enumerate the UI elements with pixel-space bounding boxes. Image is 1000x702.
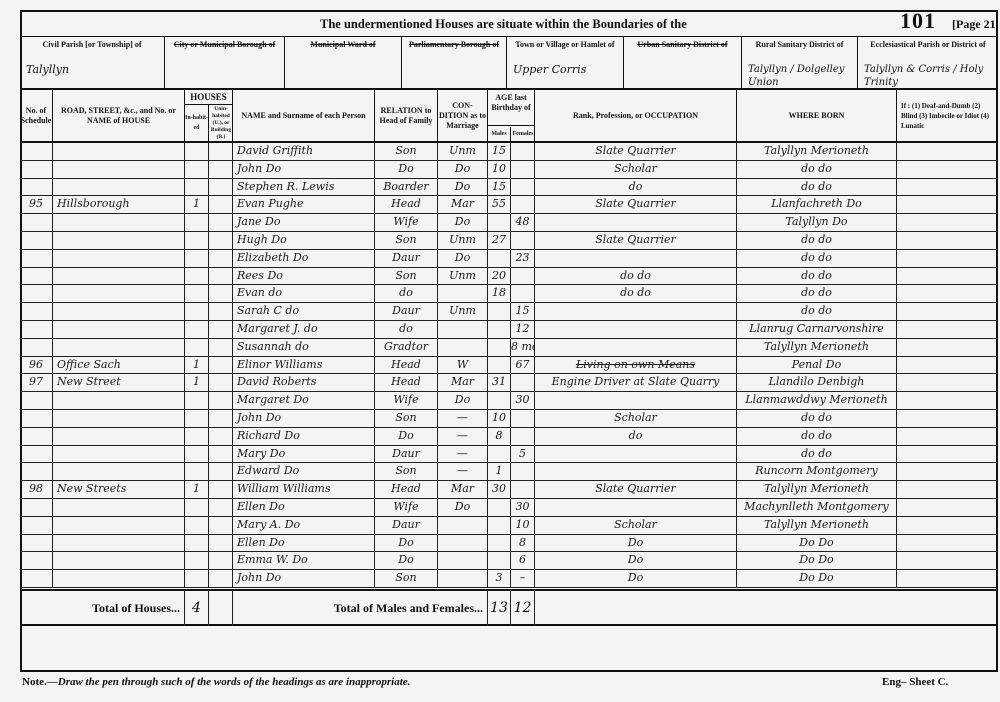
cell-schedule bbox=[20, 143, 53, 161]
cell-male-age: 31 bbox=[488, 374, 511, 392]
cell-road bbox=[53, 285, 185, 303]
cell-inhabited bbox=[185, 392, 209, 410]
cell-infirmity bbox=[897, 250, 998, 268]
cell-female-age bbox=[511, 285, 535, 303]
cell-inhabited bbox=[185, 499, 209, 517]
cell-male-age bbox=[488, 321, 511, 339]
col-schedule: No. of Schedule bbox=[20, 90, 53, 143]
cell-inhabited bbox=[185, 268, 209, 286]
cell-inhabited bbox=[185, 570, 209, 588]
cell-infirmity bbox=[897, 428, 998, 446]
cell-relation: Do bbox=[375, 428, 438, 446]
table-row: Evan dodo18do dodo do bbox=[20, 285, 998, 303]
cell-male-age bbox=[488, 446, 511, 464]
cell-occupation: do bbox=[535, 428, 737, 446]
cell-road bbox=[53, 410, 185, 428]
cell-road: New Streets bbox=[53, 481, 185, 499]
cell-where-born: Do Do bbox=[737, 570, 897, 588]
cell-schedule: 97 bbox=[20, 374, 53, 392]
cell-road bbox=[53, 463, 185, 481]
boundary-town-village: Town or Village or Hamlet of Upper Corri… bbox=[507, 37, 624, 89]
cell-schedule bbox=[20, 339, 53, 357]
cell-relation: Daur bbox=[375, 250, 438, 268]
cell-occupation: Slate Quarrier bbox=[535, 481, 737, 499]
cell-female-age: – bbox=[511, 570, 535, 588]
cell-where-born: Do Do bbox=[737, 552, 897, 570]
cell-name: John Do bbox=[233, 570, 375, 588]
cell-uninhabited bbox=[209, 463, 233, 481]
cell-relation: Son bbox=[375, 463, 438, 481]
cell-name: David Griffith bbox=[233, 143, 375, 161]
cell-name: Edward Do bbox=[233, 463, 375, 481]
cell-condition: Unm bbox=[438, 268, 488, 286]
cell-infirmity bbox=[897, 499, 998, 517]
cell-occupation: Slate Quarrier bbox=[535, 143, 737, 161]
age-header: AGE last Birthday of bbox=[488, 90, 534, 126]
cell-where-born: do do bbox=[737, 250, 897, 268]
cell-uninhabited bbox=[209, 481, 233, 499]
cell-female-age: 15 bbox=[511, 303, 535, 321]
table-row: Edward DoSon—1Runcorn Montgomery bbox=[20, 463, 998, 481]
cell-infirmity bbox=[897, 517, 998, 535]
table-row: Ellen DoWifeDo30Machynlleth Montgomery bbox=[20, 499, 998, 517]
table-row: Jane DoWifeDo48Talyllyn Do bbox=[20, 214, 998, 232]
cell-road bbox=[53, 392, 185, 410]
cell-infirmity bbox=[897, 410, 998, 428]
cell-name: Elinor Williams bbox=[233, 357, 375, 375]
cell-inhabited bbox=[185, 517, 209, 535]
cell-road bbox=[53, 499, 185, 517]
cell-female-age bbox=[511, 143, 535, 161]
cell-uninhabited bbox=[209, 339, 233, 357]
col-uninhabited: Unin-habited (U.), or Building (B.) bbox=[209, 105, 233, 141]
cell-female-age: 8 mo bbox=[511, 339, 535, 357]
cell-male-age: 3 bbox=[488, 570, 511, 588]
cell-condition: Unm bbox=[438, 143, 488, 161]
cell-inhabited bbox=[185, 410, 209, 428]
cell-occupation: do do bbox=[535, 268, 737, 286]
cell-schedule bbox=[20, 570, 53, 588]
cell-male-age bbox=[488, 517, 511, 535]
cell-infirmity bbox=[897, 463, 998, 481]
boundary-municipal-borough: City or Municipal Borough of bbox=[165, 37, 285, 89]
col-name: NAME and Surname of each Person bbox=[233, 90, 375, 143]
cell-uninhabited bbox=[209, 232, 233, 250]
cell-condition: Mar bbox=[438, 481, 488, 499]
cell-schedule bbox=[20, 552, 53, 570]
total-females: 12 bbox=[511, 591, 535, 626]
cell-road bbox=[53, 161, 185, 179]
col-males: Males bbox=[488, 127, 511, 141]
cell-relation: Son bbox=[375, 410, 438, 428]
cell-name: Evan do bbox=[233, 285, 375, 303]
cell-relation: Wife bbox=[375, 499, 438, 517]
footer-note: Note.—Draw the pen through such of the w… bbox=[22, 676, 410, 688]
cell-condition: — bbox=[438, 463, 488, 481]
cell-infirmity bbox=[897, 321, 998, 339]
cell-occupation: do bbox=[535, 179, 737, 197]
boundary-label: Civil Parish [or Township] of bbox=[43, 40, 142, 49]
cell-female-age: 8 bbox=[511, 535, 535, 553]
cell-schedule bbox=[20, 232, 53, 250]
boundary-label: Municipal Ward of bbox=[310, 40, 375, 49]
cell-where-born: Talyllyn Merioneth bbox=[737, 339, 897, 357]
cell-relation: Head bbox=[375, 481, 438, 499]
cell-female-age bbox=[511, 428, 535, 446]
cell-infirmity bbox=[897, 446, 998, 464]
census-sheet: The undermentioned Houses are situate wi… bbox=[20, 8, 998, 673]
col-females: Females bbox=[511, 127, 535, 141]
cell-male-age bbox=[488, 552, 511, 570]
cell-infirmity bbox=[897, 143, 998, 161]
table-row: Hugh DoSonUnm27Slate Quarrierdo do bbox=[20, 232, 998, 250]
cell-condition bbox=[438, 535, 488, 553]
cell-name: Ellen Do bbox=[233, 535, 375, 553]
cell-road: New Street bbox=[53, 374, 185, 392]
cell-female-age bbox=[511, 481, 535, 499]
cell-where-born: Talyllyn Do bbox=[737, 214, 897, 232]
houses-header: HOUSES bbox=[185, 90, 232, 105]
cell-name: Susannah do bbox=[233, 339, 375, 357]
cell-relation: Head bbox=[375, 357, 438, 375]
table-row: John DoDoDo10Scholardo do bbox=[20, 161, 998, 179]
col-inhabited: In-habit-ed bbox=[185, 105, 209, 141]
cell-male-age: 30 bbox=[488, 481, 511, 499]
cell-female-age bbox=[511, 463, 535, 481]
table-row: 96Office Sach1Elinor WilliamsHeadW67Livi… bbox=[20, 357, 998, 375]
boundary-urban-sanitary: Urban Sanitary District of bbox=[624, 37, 742, 89]
cell-where-born: Runcorn Montgomery bbox=[737, 463, 897, 481]
cell-occupation: Scholar bbox=[535, 161, 737, 179]
table-row: John DoSon—10Scholardo do bbox=[20, 410, 998, 428]
cell-occupation: Living on own Means bbox=[535, 357, 737, 375]
cell-road bbox=[53, 517, 185, 535]
cell-condition: Do bbox=[438, 214, 488, 232]
cell-inhabited: 1 bbox=[185, 357, 209, 375]
cell-road bbox=[53, 214, 185, 232]
cell-infirmity bbox=[897, 179, 998, 197]
cell-infirmity bbox=[897, 392, 998, 410]
cell-female-age bbox=[511, 179, 535, 197]
cell-inhabited bbox=[185, 179, 209, 197]
col-occupation: Rank, Profession, or OCCUPATION bbox=[535, 90, 737, 143]
table-row: Margaret J. dodo12Llanrug Carnarvonshire bbox=[20, 321, 998, 339]
cell-where-born: Talyllyn Merioneth bbox=[737, 481, 897, 499]
total-males: 13 bbox=[488, 591, 511, 626]
col-road: ROAD, STREET, &c., and No. or NAME of HO… bbox=[53, 90, 185, 143]
table-row: 97New Street1David RobertsHeadMar31Engin… bbox=[20, 374, 998, 392]
cell-road bbox=[53, 535, 185, 553]
cell-name: Mary Do bbox=[233, 446, 375, 464]
cell-uninhabited bbox=[209, 499, 233, 517]
cell-name: Rees Do bbox=[233, 268, 375, 286]
cell-relation: Gradtor bbox=[375, 339, 438, 357]
cell-infirmity bbox=[897, 374, 998, 392]
cell-inhabited bbox=[185, 463, 209, 481]
cell-condition: Do bbox=[438, 179, 488, 197]
cell-occupation: Scholar bbox=[535, 410, 737, 428]
cell-relation: Do bbox=[375, 161, 438, 179]
cell-schedule: 96 bbox=[20, 357, 53, 375]
cell-name: Margaret Do bbox=[233, 392, 375, 410]
cell-condition: — bbox=[438, 446, 488, 464]
cell-occupation bbox=[535, 446, 737, 464]
cell-road bbox=[53, 250, 185, 268]
cell-schedule bbox=[20, 410, 53, 428]
cell-schedule bbox=[20, 499, 53, 517]
cell-name: Hugh Do bbox=[233, 232, 375, 250]
cell-male-age: 15 bbox=[488, 179, 511, 197]
cell-male-age: 10 bbox=[488, 410, 511, 428]
cell-relation: Daur bbox=[375, 446, 438, 464]
col-relation: RELATION to Head of Family bbox=[375, 90, 438, 143]
totals-row: Total of Houses... 4 Total of Males and … bbox=[20, 589, 998, 626]
cell-uninhabited bbox=[209, 321, 233, 339]
cell-inhabited: 1 bbox=[185, 196, 209, 214]
cell-where-born: Talyllyn Merioneth bbox=[737, 517, 897, 535]
cell-schedule bbox=[20, 161, 53, 179]
cell-name: Sarah C do bbox=[233, 303, 375, 321]
cell-uninhabited bbox=[209, 374, 233, 392]
col-condition: CON-DITION as to Marriage bbox=[438, 90, 488, 143]
cell-occupation: Engine Driver at Slate Quarry bbox=[535, 374, 737, 392]
cell-uninhabited bbox=[209, 285, 233, 303]
cell-name: Stephen R. Lewis bbox=[233, 179, 375, 197]
footer-note-prefix: Note. bbox=[22, 676, 47, 688]
cell-road bbox=[53, 339, 185, 357]
cell-occupation bbox=[535, 303, 737, 321]
cell-relation: Boarder bbox=[375, 179, 438, 197]
cell-uninhabited bbox=[209, 268, 233, 286]
cell-schedule: 98 bbox=[20, 481, 53, 499]
col-houses: HOUSES In-habit-ed Unin-habited (U.), or… bbox=[185, 90, 233, 143]
cell-inhabited bbox=[185, 303, 209, 321]
cell-name: William Williams bbox=[233, 481, 375, 499]
cell-condition: Mar bbox=[438, 374, 488, 392]
cell-male-age: 1 bbox=[488, 463, 511, 481]
cell-where-born: Do Do bbox=[737, 535, 897, 553]
cell-condition bbox=[438, 285, 488, 303]
col-where-born: WHERE BORN bbox=[737, 90, 897, 143]
table-row: Ellen DoDo8DoDo Do bbox=[20, 535, 998, 553]
cell-female-age: 5 bbox=[511, 446, 535, 464]
cell-male-age: 55 bbox=[488, 196, 511, 214]
folio-number: 101 bbox=[900, 8, 936, 34]
boundaries-row: Civil Parish [or Township] of Talyllyn C… bbox=[20, 36, 998, 90]
cell-condition: Do bbox=[438, 250, 488, 268]
table-row: Susannah doGradtor8 moTalyllyn Merioneth bbox=[20, 339, 998, 357]
boundary-municipal-ward: Municipal Ward of bbox=[285, 37, 402, 89]
cell-uninhabited bbox=[209, 303, 233, 321]
cell-male-age bbox=[488, 250, 511, 268]
cell-where-born: do do bbox=[737, 161, 897, 179]
cell-name: John Do bbox=[233, 410, 375, 428]
cell-schedule bbox=[20, 463, 53, 481]
cell-inhabited bbox=[185, 250, 209, 268]
cell-relation: Daur bbox=[375, 517, 438, 535]
cell-infirmity bbox=[897, 357, 998, 375]
cell-occupation: Scholar bbox=[535, 517, 737, 535]
cell-relation: Son bbox=[375, 268, 438, 286]
cell-road bbox=[53, 232, 185, 250]
cell-female-age bbox=[511, 232, 535, 250]
cell-relation: do bbox=[375, 321, 438, 339]
cell-occupation: Do bbox=[535, 570, 737, 588]
cell-relation: Son bbox=[375, 570, 438, 588]
cell-male-age bbox=[488, 214, 511, 232]
cell-male-age: 20 bbox=[488, 268, 511, 286]
cell-schedule bbox=[20, 446, 53, 464]
cell-uninhabited bbox=[209, 214, 233, 232]
cell-female-age bbox=[511, 268, 535, 286]
cell-road bbox=[53, 428, 185, 446]
cell-relation: Son bbox=[375, 143, 438, 161]
cell-inhabited bbox=[185, 285, 209, 303]
cell-where-born: Penal Do bbox=[737, 357, 897, 375]
cell-condition bbox=[438, 321, 488, 339]
boundary-value: Talyllyn bbox=[26, 63, 69, 76]
cell-relation: Do bbox=[375, 535, 438, 553]
cell-condition: — bbox=[438, 428, 488, 446]
cell-occupation bbox=[535, 499, 737, 517]
cell-male-age: 10 bbox=[488, 161, 511, 179]
table-row: David GriffithSonUnm15Slate QuarrierTaly… bbox=[20, 143, 998, 161]
cell-uninhabited bbox=[209, 410, 233, 428]
cell-name: Emma W. Do bbox=[233, 552, 375, 570]
table-row: Sarah C doDaurUnm15do do bbox=[20, 303, 998, 321]
cell-uninhabited bbox=[209, 552, 233, 570]
cell-uninhabited bbox=[209, 161, 233, 179]
cell-relation: Head bbox=[375, 374, 438, 392]
boundary-ecclesiastical: Ecclesiastical Parish or District of Tal… bbox=[858, 37, 998, 89]
cell-inhabited bbox=[185, 232, 209, 250]
cell-inhabited bbox=[185, 446, 209, 464]
cell-inhabited bbox=[185, 143, 209, 161]
cell-occupation bbox=[535, 214, 737, 232]
cell-occupation bbox=[535, 339, 737, 357]
cell-road bbox=[53, 552, 185, 570]
cell-uninhabited bbox=[209, 196, 233, 214]
cell-infirmity bbox=[897, 339, 998, 357]
cell-where-born: Llanrug Carnarvonshire bbox=[737, 321, 897, 339]
cell-infirmity bbox=[897, 481, 998, 499]
cell-male-age bbox=[488, 392, 511, 410]
cell-relation: Son bbox=[375, 232, 438, 250]
cell-condition: — bbox=[438, 410, 488, 428]
boundary-label: Ecclesiastical Parish or District of bbox=[870, 40, 985, 49]
cell-road bbox=[53, 179, 185, 197]
cell-where-born: do do bbox=[737, 410, 897, 428]
boundary-label: Parliamentary Borough of bbox=[409, 40, 499, 49]
cell-schedule bbox=[20, 428, 53, 446]
cell-where-born: do do bbox=[737, 446, 897, 464]
cell-infirmity bbox=[897, 161, 998, 179]
cell-condition: Do bbox=[438, 161, 488, 179]
cell-occupation bbox=[535, 321, 737, 339]
cell-schedule bbox=[20, 392, 53, 410]
table-row: Mary A. DoDaur10ScholarTalyllyn Merionet… bbox=[20, 517, 998, 535]
cell-where-born: do do bbox=[737, 232, 897, 250]
cell-inhabited bbox=[185, 321, 209, 339]
cell-uninhabited bbox=[209, 535, 233, 553]
cell-where-born: do do bbox=[737, 268, 897, 286]
cell-condition bbox=[438, 552, 488, 570]
cell-condition: Do bbox=[438, 499, 488, 517]
cell-road bbox=[53, 321, 185, 339]
cell-where-born: do do bbox=[737, 179, 897, 197]
cell-male-age: 8 bbox=[488, 428, 511, 446]
cell-road bbox=[53, 446, 185, 464]
cell-schedule bbox=[20, 303, 53, 321]
cell-inhabited bbox=[185, 214, 209, 232]
cell-infirmity bbox=[897, 535, 998, 553]
cell-relation: Head bbox=[375, 196, 438, 214]
cell-female-age: 23 bbox=[511, 250, 535, 268]
cell-male-age bbox=[488, 303, 511, 321]
cell-occupation bbox=[535, 392, 737, 410]
boundary-label: City or Municipal Borough of bbox=[174, 40, 276, 49]
cell-infirmity bbox=[897, 214, 998, 232]
cell-inhabited bbox=[185, 161, 209, 179]
cell-female-age: 30 bbox=[511, 392, 535, 410]
cell-occupation bbox=[535, 250, 737, 268]
total-houses-label: Total of Houses... bbox=[20, 591, 185, 626]
cell-female-age: 10 bbox=[511, 517, 535, 535]
table-row: 95Hillsborough1Evan PugheHeadMar55Slate … bbox=[20, 196, 998, 214]
cell-condition: Do bbox=[438, 392, 488, 410]
cell-inhabited bbox=[185, 552, 209, 570]
cell-road bbox=[53, 303, 185, 321]
cell-relation: Wife bbox=[375, 214, 438, 232]
cell-name: Evan Pughe bbox=[233, 196, 375, 214]
cell-schedule bbox=[20, 268, 53, 286]
cell-female-age: 48 bbox=[511, 214, 535, 232]
cell-condition bbox=[438, 339, 488, 357]
cell-name: Ellen Do bbox=[233, 499, 375, 517]
cell-uninhabited bbox=[209, 250, 233, 268]
cell-schedule bbox=[20, 250, 53, 268]
cell-uninhabited bbox=[209, 446, 233, 464]
cell-female-age bbox=[511, 161, 535, 179]
cell-female-age bbox=[511, 410, 535, 428]
cell-schedule bbox=[20, 285, 53, 303]
cell-female-age bbox=[511, 374, 535, 392]
sheet-label: Eng– Sheet C. bbox=[882, 676, 948, 688]
cell-condition: W bbox=[438, 357, 488, 375]
total-houses-value: 4 bbox=[185, 591, 209, 626]
cell-female-age: 12 bbox=[511, 321, 535, 339]
cell-road: Hillsborough bbox=[53, 196, 185, 214]
cell-where-born: do do bbox=[737, 428, 897, 446]
page-label: [Page 21 bbox=[952, 17, 996, 32]
cell-male-age bbox=[488, 535, 511, 553]
cell-male-age bbox=[488, 339, 511, 357]
cell-male-age: 27 bbox=[488, 232, 511, 250]
cell-name: John Do bbox=[233, 161, 375, 179]
cell-schedule bbox=[20, 214, 53, 232]
cell-male-age bbox=[488, 357, 511, 375]
cell-uninhabited bbox=[209, 143, 233, 161]
cell-name: Margaret J. do bbox=[233, 321, 375, 339]
cell-occupation: Slate Quarrier bbox=[535, 232, 737, 250]
cell-inhabited bbox=[185, 339, 209, 357]
cell-condition: Unm bbox=[438, 303, 488, 321]
cell-name: David Roberts bbox=[233, 374, 375, 392]
cell-where-born: Talyllyn Merioneth bbox=[737, 143, 897, 161]
cell-inhabited bbox=[185, 535, 209, 553]
cell-inhabited: 1 bbox=[185, 374, 209, 392]
cell-infirmity bbox=[897, 268, 998, 286]
